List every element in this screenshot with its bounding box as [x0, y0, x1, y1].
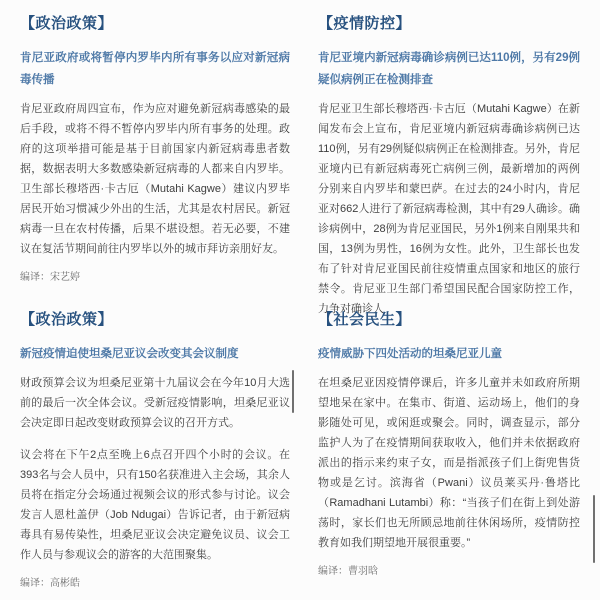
body-paragraph: 肯尼亚政府周四宣布，作为应对避免新冠病毒感染的最后手段，或将不得不暂停内罗毕内所…: [20, 99, 290, 259]
body-paragraph: 肯尼亚卫生部长穆塔西·卡古厄（Mutahi Kagwe）在新闻发布会上宣布，肯尼…: [318, 99, 580, 319]
category-header: 【社会民生】: [318, 310, 580, 330]
editor-credit: 编译：宋艺婷: [20, 271, 290, 284]
article-body: 财政预算会议为坦桑尼亚第十九届议会在今年10月大选前的最后一次全体会议。受新冠疫…: [20, 373, 290, 565]
article-politics-tanzania-parliament: 【政治政策】 新冠疫情迫使坦桑尼亚议会改变其会议制度 财政预算会议为坦桑尼亚第十…: [20, 310, 290, 590]
article-body: 在坦桑尼亚因疫情停课后，许多儿童并未如政府所期望地呆在家中。在集市、街道、运动场…: [318, 373, 580, 553]
editor-credit: 编译：高彬皓: [20, 577, 290, 590]
news-digest-page: 【政治政策】 肯尼亚政府或将暂停内罗毕内所有事务以应对新冠病毒传播 肯尼亚政府周…: [0, 0, 600, 600]
article-politics-kenya: 【政治政策】 肯尼亚政府或将暂停内罗毕内所有事务以应对新冠病毒传播 肯尼亚政府周…: [20, 14, 290, 284]
article-title: 新冠疫情迫使坦桑尼亚议会改变其会议制度: [20, 343, 290, 365]
article-title: 肯尼亚政府或将暂停内罗毕内所有事务以应对新冠病毒传播: [20, 47, 290, 91]
article-title: 肯尼亚境内新冠病毒确诊病例已达110例，另有29例疑似病例正在检测排查: [318, 47, 580, 91]
category-header: 【政治政策】: [20, 14, 290, 34]
article-body: 肯尼亚卫生部长穆塔西·卡古厄（Mutahi Kagwe）在新闻发布会上宣布，肯尼…: [318, 99, 580, 319]
body-paragraph: 财政预算会议为坦桑尼亚第十九届议会在今年10月大选前的最后一次全体会议。受新冠疫…: [20, 373, 290, 433]
editor-credit: 编译：曹羽晗: [318, 565, 580, 578]
body-paragraph: 在坦桑尼亚因疫情停课后，许多儿童并未如政府所期望地呆在家中。在集市、街道、运动场…: [318, 373, 580, 553]
category-header: 【政治政策】: [20, 310, 290, 330]
scrollbar-thumb-right-column[interactable]: [593, 495, 595, 563]
article-society-tanzania-children: 【社会民生】 疫情威胁下四处活动的坦桑尼亚儿童 在坦桑尼亚因疫情停课后，许多儿童…: [318, 310, 580, 578]
article-body: 肯尼亚政府周四宣布，作为应对避免新冠病毒感染的最后手段，或将不得不暂停内罗毕内所…: [20, 99, 290, 259]
scrollbar-thumb-left-column[interactable]: [292, 370, 294, 413]
category-header: 【疫情防控】: [318, 14, 580, 34]
article-epidemic-kenya-cases: 【疫情防控】 肯尼亚境内新冠病毒确诊病例已达110例，另有29例疑似病例正在检测…: [318, 14, 580, 331]
article-title: 疫情威胁下四处活动的坦桑尼亚儿童: [318, 343, 580, 365]
body-paragraph: 议会将在下午2点至晚上6点召开四个小时的会议。在393名与会人员中，只有150名…: [20, 445, 290, 565]
